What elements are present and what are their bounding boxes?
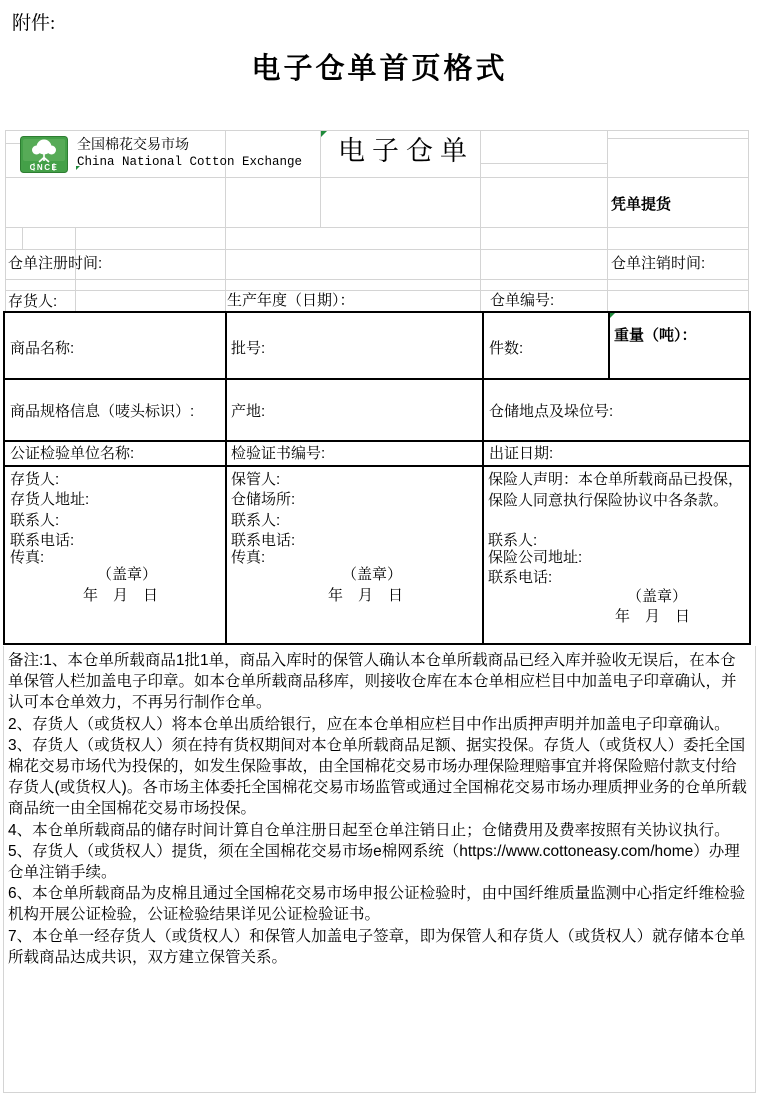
cotton-logo-icon: CNCE (20, 136, 68, 173)
note-item: 2、存货人（或货权人）将本仓单出质给银行，应在本仓单相应栏目中作出质押声明并加盖… (8, 714, 748, 735)
notes-section: 备注:1、本仓单所载商品1批1单，商品入库时的保管人确认本仓单所载商品已经入库并… (4, 646, 750, 968)
custodian-seal-label: （盖章） (342, 566, 402, 583)
insurer-statement: 保险人声明：本仓单所载商品已投保，保险人同意执行保险协议中各条款。 (488, 470, 748, 511)
weight-label: 重量（吨）： (614, 327, 697, 344)
production-date-label: 生产年度（日期）： (227, 292, 355, 309)
note-item: 7、本仓单一经存货人（或货权人）和保管人加盖电子签章，即为保管人和存货人（或货权… (8, 926, 748, 968)
origin-label: 产地: (231, 403, 265, 420)
document-page: 附件: 电子仓单首页格式 CNCE (0, 0, 759, 1098)
depositor-line: 存货人: (10, 471, 59, 488)
insurer-date-label: 年 月 日 (615, 608, 690, 625)
storage-location-label: 仓储地点及垛位号: (489, 403, 613, 420)
delivery-note: 凭单提货 (611, 196, 671, 213)
note-item: 5、存货人（或货权人）提货，须在全国棉花交易市场e棉网系统（https://ww… (8, 841, 748, 883)
note-item: 备注:1、本仓单所载商品1批1单，商品入库时的保管人确认本仓单所载商品已经入库并… (8, 650, 748, 714)
depositor-date-label: 年 月 日 (83, 587, 158, 604)
note-item: 6、本仓单所载商品为皮棉且通过全国棉花交易市场申报公证检验时，由中国纤维质量监测… (8, 883, 748, 925)
cert-no-label: 检验证书编号: (231, 445, 325, 462)
insurer-seal-label: （盖章） (627, 588, 687, 605)
custodian-line: 联系电话: (231, 532, 295, 549)
cnce-logo: CNCE (20, 136, 68, 173)
depositor-seal-label: （盖章） (97, 566, 157, 583)
insurer-line: 联系人: (488, 532, 537, 549)
attachment-label: 附件: (12, 8, 55, 35)
depositor-line: 传真: (10, 549, 44, 566)
inspection-org-label: 公证检验单位名称: (10, 445, 134, 462)
depositor-line: 联系电话: (10, 532, 74, 549)
page-title: 电子仓单首页格式 (0, 46, 759, 87)
custodian-line: 传真: (231, 549, 265, 566)
receipt-no-label: 仓单编号: (490, 292, 554, 309)
org-name-cn: 全国棉花交易市场 (77, 136, 189, 153)
depositor-label: 存货人: (8, 293, 57, 310)
depositor-line: 联系人: (10, 512, 59, 529)
custodian-line: 保管人: (231, 471, 280, 488)
insurer-line: 保险公司地址: (488, 549, 582, 566)
custodian-line: 仓储场所: (231, 491, 295, 508)
package-count-label: 件数: (489, 340, 523, 357)
doc-title: 电子仓单 (338, 143, 474, 160)
issue-date-label: 出证日期: (489, 445, 553, 462)
note-item: 3、存货人（或货权人）须在持有货权期间对本仓单所载商品足额、据实投保。存货人（或… (8, 735, 748, 820)
reg-time-label: 仓单注册时间: (8, 255, 102, 272)
depositor-line: 存货人地址: (10, 491, 89, 508)
note-item: 4、本仓单所载商品的储存时间计算自仓单注册日起至仓单注销日止；仓储费用及费率按照… (8, 820, 748, 841)
spec-label: 商品规格信息（唛头标识）: (10, 403, 194, 420)
insurer-line: 联系电话: (488, 569, 552, 586)
excel-error-marker (321, 131, 327, 137)
org-name-en: China National Cotton Exchange (77, 154, 302, 171)
cancel-time-label: 仓单注销时间: (611, 255, 705, 272)
custodian-line: 联系人: (231, 512, 280, 529)
batch-no-label: 批号: (231, 340, 265, 357)
custodian-date-label: 年 月 日 (328, 587, 403, 604)
product-name-label: 商品名称: (10, 340, 74, 357)
